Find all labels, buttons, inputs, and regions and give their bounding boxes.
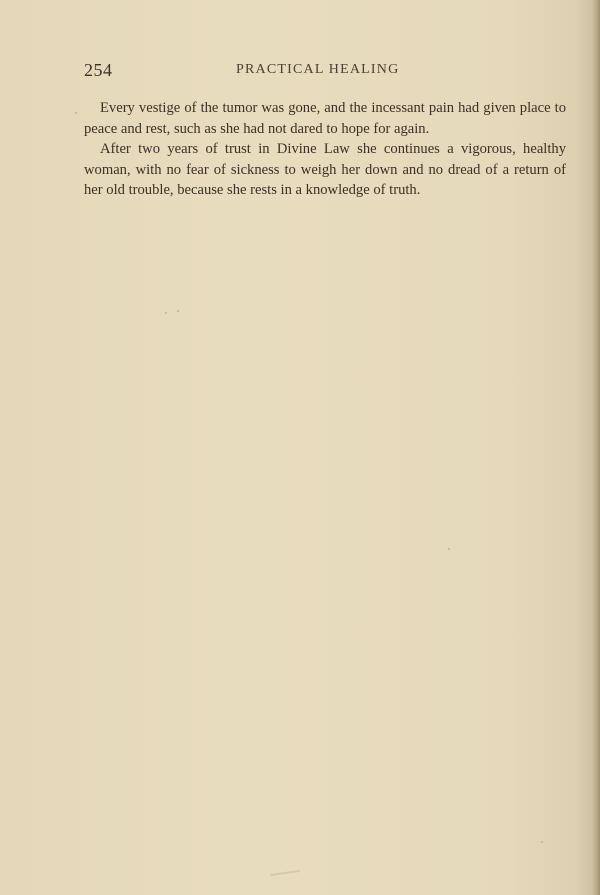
body-text: Every vestige of the tumor was gone, and… [84,98,566,201]
paper-speck [448,548,450,550]
page-header: 254 PRACTICAL HEALING [84,58,564,88]
paper-speck [541,841,543,843]
paper-speck [177,310,179,312]
paragraph-1: Every vestige of the tumor was gone, and… [84,98,566,139]
book-page: 254 PRACTICAL HEALING Every vestige of t… [0,0,600,895]
page-number: 254 [84,60,113,81]
paragraph-2: After two years of trust in Divine Law s… [84,139,566,201]
running-head: PRACTICAL HEALING [236,62,399,78]
paper-smudge [270,870,300,876]
paper-speck [165,312,167,314]
page-edge-shadow [592,0,600,895]
paper-speck [75,112,77,114]
